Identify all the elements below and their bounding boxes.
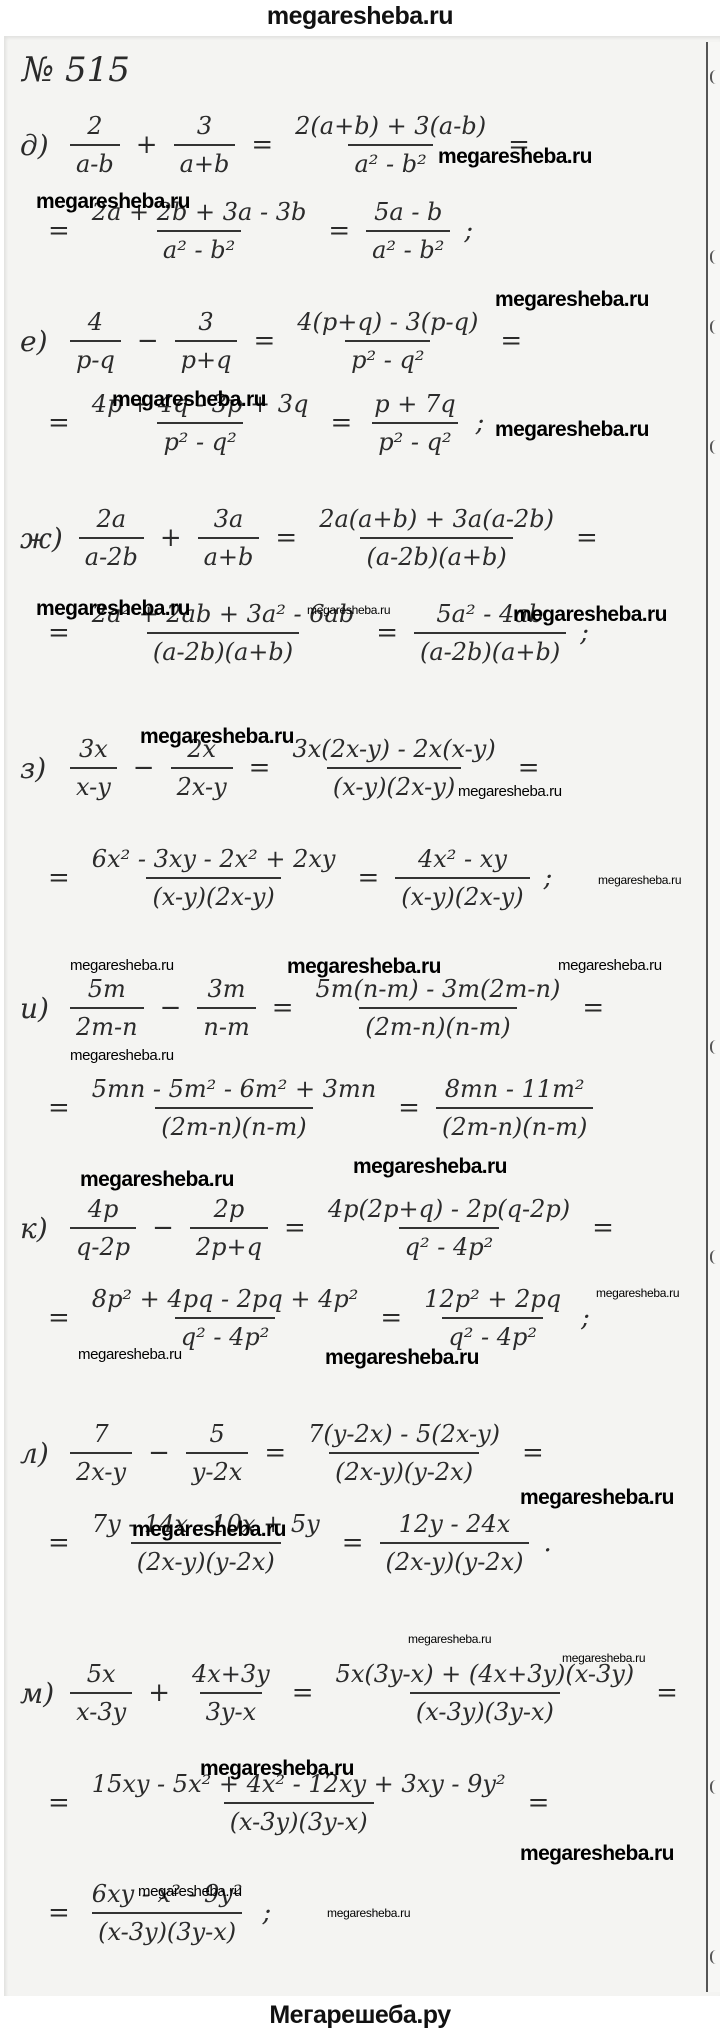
solution-line: м)5xx-3y+4x+3y3y-x=5x(3y-x) + (4x+3y)(x-… xyxy=(20,1660,690,1726)
fraction: 5x(3y-x) + (4x+3y)(x-3y)(x-3y)(3y-x) xyxy=(330,1660,641,1726)
fraction: 5m(n-m) - 3m(2m-n)(2m-n)(n-m) xyxy=(310,975,567,1041)
fraction: 5a - ba² - b² xyxy=(366,198,450,264)
denominator: (x-y)(2x-y) xyxy=(395,877,529,911)
numerator: 7(y-2x) - 5(2x-y) xyxy=(302,1420,506,1452)
numerator: 12p² + 2pq xyxy=(418,1285,567,1317)
equals-sign: = xyxy=(48,1528,70,1558)
watermark: megaresheba.ru xyxy=(70,957,174,974)
denominator: (2x-y)(y-2x) xyxy=(131,1542,281,1576)
watermark: megaresheba.ru xyxy=(325,1346,479,1370)
denominator: a² - b² xyxy=(366,230,450,264)
numerator: 3 xyxy=(191,112,218,144)
fraction: 5mn - 5m² - 6m² + 3mn(2m-n)(n-m) xyxy=(86,1075,382,1141)
fraction: 72x-y xyxy=(70,1420,132,1486)
line-terminator: ; xyxy=(263,1898,272,1928)
numerator: 2a(a+b) + 3a(a-2b) xyxy=(313,505,560,537)
watermark: megaresheba.ru xyxy=(287,955,441,979)
denominator: (2m-n)(n-m) xyxy=(155,1107,312,1141)
fraction: 5y-2x xyxy=(186,1420,248,1486)
numerator: 5 xyxy=(203,1420,230,1452)
denominator: (a-2b)(a+b) xyxy=(147,632,299,666)
operator: − xyxy=(133,753,155,783)
watermark: megaresheba.ru xyxy=(353,1155,507,1179)
numerator: 5m(n-m) - 3m(2m-n) xyxy=(310,975,567,1007)
denominator: a² - b² xyxy=(157,230,241,264)
denominator: p² - q² xyxy=(345,340,430,374)
watermark: megaresheba.ru xyxy=(520,1486,674,1510)
fraction: 4x+3y3y-x xyxy=(186,1660,276,1726)
equals-sign: = xyxy=(48,1898,70,1928)
denominator: (2m-n)(n-m) xyxy=(436,1107,593,1141)
operator: − xyxy=(160,993,182,1023)
operator: = xyxy=(253,326,275,356)
watermark: megaresheba.ru xyxy=(438,145,592,169)
operator: = xyxy=(330,408,352,438)
denominator: (x-y)(2x-y) xyxy=(327,767,461,801)
denominator: (x-3y)(3y-x) xyxy=(92,1912,242,1946)
solution-line: =7y - 14x - 10x + 5y(2x-y)(y-2x)=12y - 2… xyxy=(36,1510,552,1576)
watermark: megaresheba.ru xyxy=(458,783,562,800)
denominator: (x-3y)(3y-x) xyxy=(410,1692,560,1726)
watermark: megaresheba.ru xyxy=(36,190,190,214)
solution-line: е)4p-q−3p+q=4(p+q) - 3(p-q)p² - q²= xyxy=(20,308,534,374)
numerator: 4 xyxy=(82,308,109,340)
watermark: megaresheba.ru xyxy=(327,1906,410,1920)
fraction: 3p+q xyxy=(175,308,238,374)
operator: − xyxy=(137,326,159,356)
numerator: 6x² - 3xy - 2x² + 2xy xyxy=(86,845,342,877)
operator: = xyxy=(357,863,379,893)
fraction: 2p2p+q xyxy=(190,1195,268,1261)
numerator: 4(p+q) - 3(p-q) xyxy=(291,308,484,340)
denominator: q² - 4p² xyxy=(175,1317,276,1351)
denominator: 3y-x xyxy=(200,1692,262,1726)
solution-line: ж)2aa-2b+3aa+b=2a(a+b) + 3a(a-2b)(a-2b)(… xyxy=(20,505,610,571)
watermark: megaresheba.ru xyxy=(138,1883,242,1900)
operator: = xyxy=(380,1303,402,1333)
denominator: a² - b² xyxy=(348,144,432,178)
denominator: q-2p xyxy=(70,1227,136,1261)
operator: = xyxy=(292,1678,314,1708)
solution-line: =6x² - 3xy - 2x² + 2xy(x-y)(2x-y)=4x² - … xyxy=(36,845,552,911)
equals-sign: = xyxy=(48,408,70,438)
equals-sign: = xyxy=(48,1303,70,1333)
operator: = xyxy=(251,130,273,160)
solution-line: л)72x-y−5y-2x=7(y-2x) - 5(2x-y)(2x-y)(y-… xyxy=(20,1420,556,1486)
denominator: p² - q² xyxy=(372,422,457,456)
operator: = xyxy=(656,1678,678,1708)
denominator: n-m xyxy=(197,1007,255,1041)
operator: = xyxy=(398,1093,420,1123)
operator: + xyxy=(160,523,182,553)
numerator: 5x xyxy=(81,1660,122,1692)
solution-line: к)4pq-2p−2p2p+q=4p(2p+q) - 2p(q-2p)q² - … xyxy=(20,1195,626,1261)
adjacent-page-strip xyxy=(708,42,720,1992)
solution-line: и)5m2m-n−3mn-m=5m(n-m) - 3m(2m-n)(2m-n)(… xyxy=(20,975,616,1041)
solution-line: =8p² + 4pq - 2pq + 4p²q² - 4p²=12p² + 2p… xyxy=(36,1285,590,1351)
denominator: a-b xyxy=(70,144,120,178)
fraction: 4x² - xy(x-y)(2x-y) xyxy=(395,845,529,911)
adjacent-page-mark xyxy=(710,70,720,84)
denominator: x-3y xyxy=(70,1692,132,1726)
watermark: megaresheba.ru xyxy=(70,1047,174,1064)
operator: = xyxy=(500,326,522,356)
fraction: 4p(2p+q) - 2p(q-2p)q² - 4p² xyxy=(322,1195,576,1261)
operator: − xyxy=(148,1438,170,1468)
denominator: (a-2b)(a+b) xyxy=(414,632,566,666)
numerator: 3x(2x-y) - 2x(x-y) xyxy=(286,735,501,767)
numerator: 2a xyxy=(91,505,133,537)
equals-sign: = xyxy=(48,1788,70,1818)
fraction: 2aa-2b xyxy=(79,505,144,571)
denominator: a-2b xyxy=(79,537,144,571)
numerator: 5m xyxy=(82,975,132,1007)
denominator: a+b xyxy=(174,144,236,178)
operator: = xyxy=(284,1213,306,1243)
operator: − xyxy=(152,1213,174,1243)
fraction: p + 7qp² - q² xyxy=(368,390,461,456)
fraction: 2a(a+b) + 3a(a-2b)(a-2b)(a+b) xyxy=(313,505,560,571)
equals-sign: = xyxy=(48,1093,70,1123)
operator: = xyxy=(376,618,398,648)
numerator: 3a xyxy=(208,505,250,537)
denominator: q² - 4p² xyxy=(399,1227,500,1261)
part-label: ж) xyxy=(20,522,63,555)
numerator: 4x+3y xyxy=(186,1660,276,1692)
watermark: megaresheba.ru xyxy=(36,597,190,621)
adjacent-page-mark xyxy=(710,1780,720,1794)
fraction: 3aa+b xyxy=(198,505,260,571)
operator: = xyxy=(522,1438,544,1468)
watermark: megaresheba.ru xyxy=(495,418,649,442)
numerator: 3 xyxy=(192,308,219,340)
numerator: 4x² - xy xyxy=(412,845,513,877)
fraction: 6x² - 3xy - 2x² + 2xy(x-y)(2x-y) xyxy=(86,845,342,911)
watermark: megaresheba.ru xyxy=(495,288,649,312)
numerator: 5mn - 5m² - 6m² + 3mn xyxy=(86,1075,382,1107)
line-terminator: ; xyxy=(544,863,553,893)
line-terminator: . xyxy=(543,1528,551,1558)
watermark: megaresheba.ru xyxy=(598,873,681,887)
watermark: megaresheba.ru xyxy=(112,388,266,412)
adjacent-page-mark xyxy=(710,1040,720,1054)
operator: = xyxy=(582,993,604,1023)
part-label: к) xyxy=(20,1212,54,1245)
denominator: p² - q² xyxy=(157,422,242,456)
fraction: 5m2m-n xyxy=(70,975,144,1041)
part-label: д) xyxy=(20,129,54,162)
denominator: p+q xyxy=(175,340,238,374)
operator: = xyxy=(249,753,271,783)
denominator: y-2x xyxy=(186,1452,248,1486)
numerator: 2p xyxy=(208,1195,251,1227)
operator: + xyxy=(148,1678,170,1708)
numerator: 3x xyxy=(73,735,114,767)
fraction: 3mn-m xyxy=(197,975,255,1041)
numerator: 3m xyxy=(202,975,252,1007)
operator: = xyxy=(576,523,598,553)
adjacent-page-mark xyxy=(710,320,720,334)
fraction: 4p-q xyxy=(70,308,121,374)
watermark: megaresheba.ru xyxy=(513,603,667,627)
line-terminator: ; xyxy=(581,1303,590,1333)
fraction: 5xx-3y xyxy=(70,1660,132,1726)
equals-sign: = xyxy=(48,618,70,648)
denominator: x-y xyxy=(70,767,117,801)
operator: = xyxy=(264,1438,286,1468)
line-terminator: ; xyxy=(476,408,485,438)
numerator: 7 xyxy=(87,1420,114,1452)
part-label: м) xyxy=(20,1677,54,1710)
numerator: 12y - 24x xyxy=(393,1510,517,1542)
fraction: 7(y-2x) - 5(2x-y)(2x-y)(y-2x) xyxy=(302,1420,506,1486)
fraction: 12y - 24x(2x-y)(y-2x) xyxy=(380,1510,530,1576)
fraction: 12p² + 2pqq² - 4p² xyxy=(418,1285,567,1351)
line-terminator: ; xyxy=(464,216,473,246)
site-footer: Мегарешеба.ру xyxy=(0,2000,720,2035)
equals-sign: = xyxy=(48,863,70,893)
numerator: 8p² + 4pq - 2pq + 4p² xyxy=(86,1285,365,1317)
denominator: 2m-n xyxy=(70,1007,144,1041)
watermark: megaresheba.ru xyxy=(562,1651,645,1665)
watermark: megaresheba.ru xyxy=(140,725,294,749)
operator: = xyxy=(528,1788,550,1818)
denominator: (2x-y)(y-2x) xyxy=(329,1452,479,1486)
equals-sign: = xyxy=(48,216,70,246)
operator: = xyxy=(592,1213,614,1243)
solution-line: =5mn - 5m² - 6m² + 3mn(2m-n)(n-m)=8mn - … xyxy=(36,1075,597,1141)
denominator: a+b xyxy=(198,537,260,571)
denominator: (x-3y)(3y-x) xyxy=(224,1802,374,1836)
watermark: megaresheba.ru xyxy=(596,1286,679,1300)
fraction: 4pq-2p xyxy=(70,1195,136,1261)
watermark: megaresheba.ru xyxy=(200,1757,354,1781)
operator: + xyxy=(136,130,158,160)
numerator: 5a - b xyxy=(368,198,448,230)
denominator: (2m-n)(n-m) xyxy=(359,1007,516,1041)
operator: = xyxy=(272,993,294,1023)
numerator: 2 xyxy=(81,112,108,144)
numerator: 8mn - 11m² xyxy=(439,1075,591,1107)
watermark: megaresheba.ru xyxy=(520,1842,674,1866)
denominator: (a-2b)(a+b) xyxy=(360,537,512,571)
operator: = xyxy=(342,1528,364,1558)
numerator: 4p(2p+q) - 2p(q-2p) xyxy=(322,1195,576,1227)
part-label: з) xyxy=(20,752,54,785)
part-label: и) xyxy=(20,992,54,1025)
part-label: л) xyxy=(20,1437,54,1470)
watermark: megaresheba.ru xyxy=(558,957,662,974)
adjacent-page-mark xyxy=(710,1950,720,1964)
fraction: 2a-b xyxy=(70,112,120,178)
part-label: е) xyxy=(20,325,54,358)
watermark: megaresheba.ru xyxy=(132,1518,286,1542)
denominator: (x-y)(2x-y) xyxy=(146,877,280,911)
operator: = xyxy=(275,523,297,553)
watermark: megaresheba.ru xyxy=(408,1632,491,1646)
watermark: megaresheba.ru xyxy=(307,603,390,617)
problem-number: № 515 xyxy=(22,50,130,90)
denominator: (2x-y)(y-2x) xyxy=(380,1542,530,1576)
watermark: megaresheba.ru xyxy=(80,1168,234,1192)
site-header: megaresheba.ru xyxy=(0,0,720,34)
operator: = xyxy=(518,753,540,783)
denominator: 2p+q xyxy=(190,1227,268,1261)
operator: = xyxy=(328,216,350,246)
numerator: 4p xyxy=(82,1195,125,1227)
watermark: megaresheba.ru xyxy=(78,1346,182,1363)
adjacent-page-mark xyxy=(710,440,720,454)
adjacent-page-mark xyxy=(710,250,720,264)
denominator: 2x-y xyxy=(70,1452,132,1486)
fraction: 4(p+q) - 3(p-q)p² - q² xyxy=(291,308,484,374)
fraction: 8p² + 4pq - 2pq + 4p²q² - 4p² xyxy=(86,1285,365,1351)
denominator: 2x-y xyxy=(171,767,233,801)
numerator: p + 7q xyxy=(368,390,461,422)
fraction: 8mn - 11m²(2m-n)(n-m) xyxy=(436,1075,593,1141)
fraction: 3xx-y xyxy=(70,735,117,801)
numerator: 2(a+b) + 3(a-b) xyxy=(289,112,492,144)
adjacent-page-mark xyxy=(710,1250,720,1264)
fraction: 3a+b xyxy=(174,112,236,178)
denominator: p-q xyxy=(70,340,121,374)
